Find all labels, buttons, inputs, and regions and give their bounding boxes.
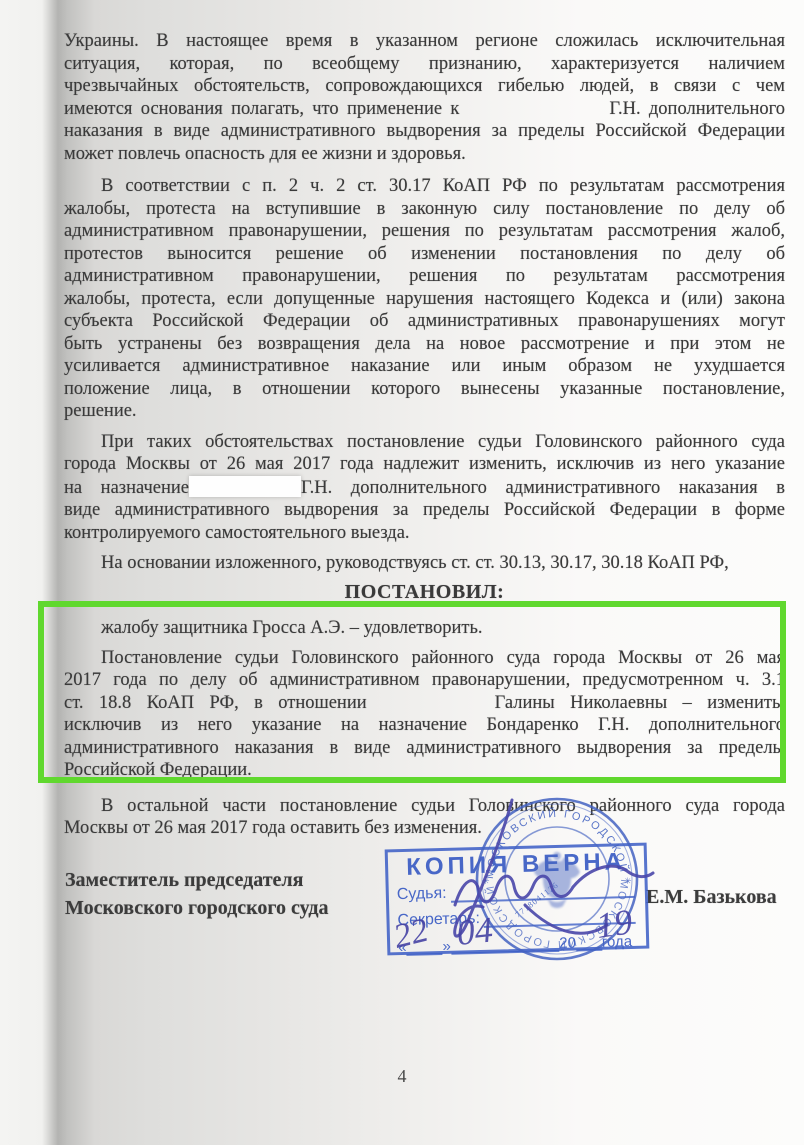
text-line: жалобы, протеста, если допущенные наруше… xyxy=(64,288,785,311)
text-segment: на назначение xyxy=(64,478,189,498)
text-line: положение лица, в отношении которого вын… xyxy=(64,378,785,401)
p1: Украины. В настоящее время в указанном р… xyxy=(64,30,785,165)
p2: В соответствии с п. 2 ч. 2 ст. 30.17 КоА… xyxy=(64,175,785,423)
highlight-box xyxy=(38,601,786,783)
signature: 22 04 19 xyxy=(375,775,685,975)
text-line: на назначениеГ.Н. дополнительного админи… xyxy=(64,476,785,500)
text-line: административном правонарушении, решения… xyxy=(64,265,785,288)
text-line: контролируемого самостоятельного выезда. xyxy=(64,522,785,545)
handwritten-day: 22 xyxy=(390,912,432,956)
text-line: жалобы, протеста на вступившие в законну… xyxy=(64,198,785,221)
p4: На основании изложенного, руководствуясь… xyxy=(64,552,785,575)
text-line: На основании изложенного, руководствуясь… xyxy=(64,552,785,575)
text-line: административном правонарушении, решения… xyxy=(64,220,785,243)
resolution-heading: ПОСТАНОВИЛ: xyxy=(64,581,785,604)
text-line: наказания в виде административного выдво… xyxy=(64,120,785,143)
text-line: быть устранены без возвращения дела на н… xyxy=(64,333,785,356)
handwritten-year: 19 xyxy=(594,901,635,946)
handwritten-month: 04 xyxy=(455,909,495,953)
text-segment: Г.Н. дополнительного административного н… xyxy=(301,478,785,498)
signatory-title-line1: Заместитель председателя xyxy=(65,866,328,894)
text-line: ситуация, которая, по всеобщему признани… xyxy=(64,53,785,76)
signatory-title: Заместитель председателя Московского гор… xyxy=(65,866,328,922)
text-line: протестов выносится решение об изменении… xyxy=(64,243,785,266)
page-number: 4 xyxy=(0,1066,804,1087)
text-line: решение. xyxy=(64,400,785,423)
text-line: имеются основания полагать, что применен… xyxy=(64,98,785,121)
text-segment: имеются основания полагать, что применен… xyxy=(64,99,459,119)
text-line: При таких обстоятельствах постановление … xyxy=(64,431,785,454)
text-line: усиливается административное наказание и… xyxy=(64,355,785,378)
text-line: В соответствии с п. 2 ч. 2 ст. 30.17 КоА… xyxy=(64,175,785,198)
text-line: виде административного выдворения за пре… xyxy=(64,499,785,522)
text-line: субъекта Российской Федерации об админис… xyxy=(64,310,785,333)
text-line: может повлечь опасность для ее жизни и з… xyxy=(64,143,785,166)
redaction-box xyxy=(189,476,301,497)
text-line: чрезвычайных обстоятельств, сопровождающ… xyxy=(64,75,785,98)
signature-stroke xyxy=(455,876,573,905)
signature-stroke xyxy=(573,866,653,887)
signatory-title-line2: Московского городского суда xyxy=(65,894,328,922)
text-line: Украины. В настоящее время в указанном р… xyxy=(64,30,785,53)
document-page: Украины. В настоящее время в указанном р… xyxy=(0,0,804,1145)
p3: При таких обстоятельствах постановление … xyxy=(64,431,785,545)
text-line: города Москвы от 26 мая 2017 года надлеж… xyxy=(64,453,785,476)
text-segment: Г.Н. дополнительного xyxy=(609,99,785,119)
